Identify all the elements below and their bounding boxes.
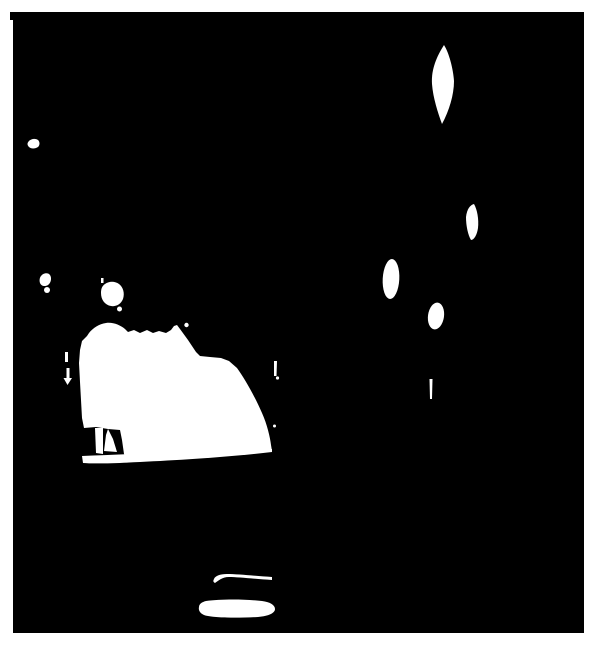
lower-oval-streak bbox=[199, 600, 275, 618]
thin-vertical-line bbox=[430, 379, 433, 399]
blob-left-pair-dot bbox=[44, 287, 50, 293]
speck-above-mass bbox=[184, 323, 188, 327]
binarized-image bbox=[0, 0, 597, 650]
notch-column bbox=[95, 428, 103, 454]
blob-head-tick bbox=[101, 278, 104, 283]
right-dash bbox=[274, 361, 277, 376]
right-dash-dot bbox=[276, 376, 279, 379]
page-background bbox=[0, 0, 597, 650]
blob-head-small bbox=[101, 282, 124, 306]
blob-head-dot bbox=[117, 307, 122, 312]
corner-tick-mark bbox=[10, 12, 15, 20]
right-lower-dot bbox=[273, 425, 276, 428]
left-dash-upper bbox=[65, 352, 68, 362]
image-field bbox=[13, 12, 584, 633]
